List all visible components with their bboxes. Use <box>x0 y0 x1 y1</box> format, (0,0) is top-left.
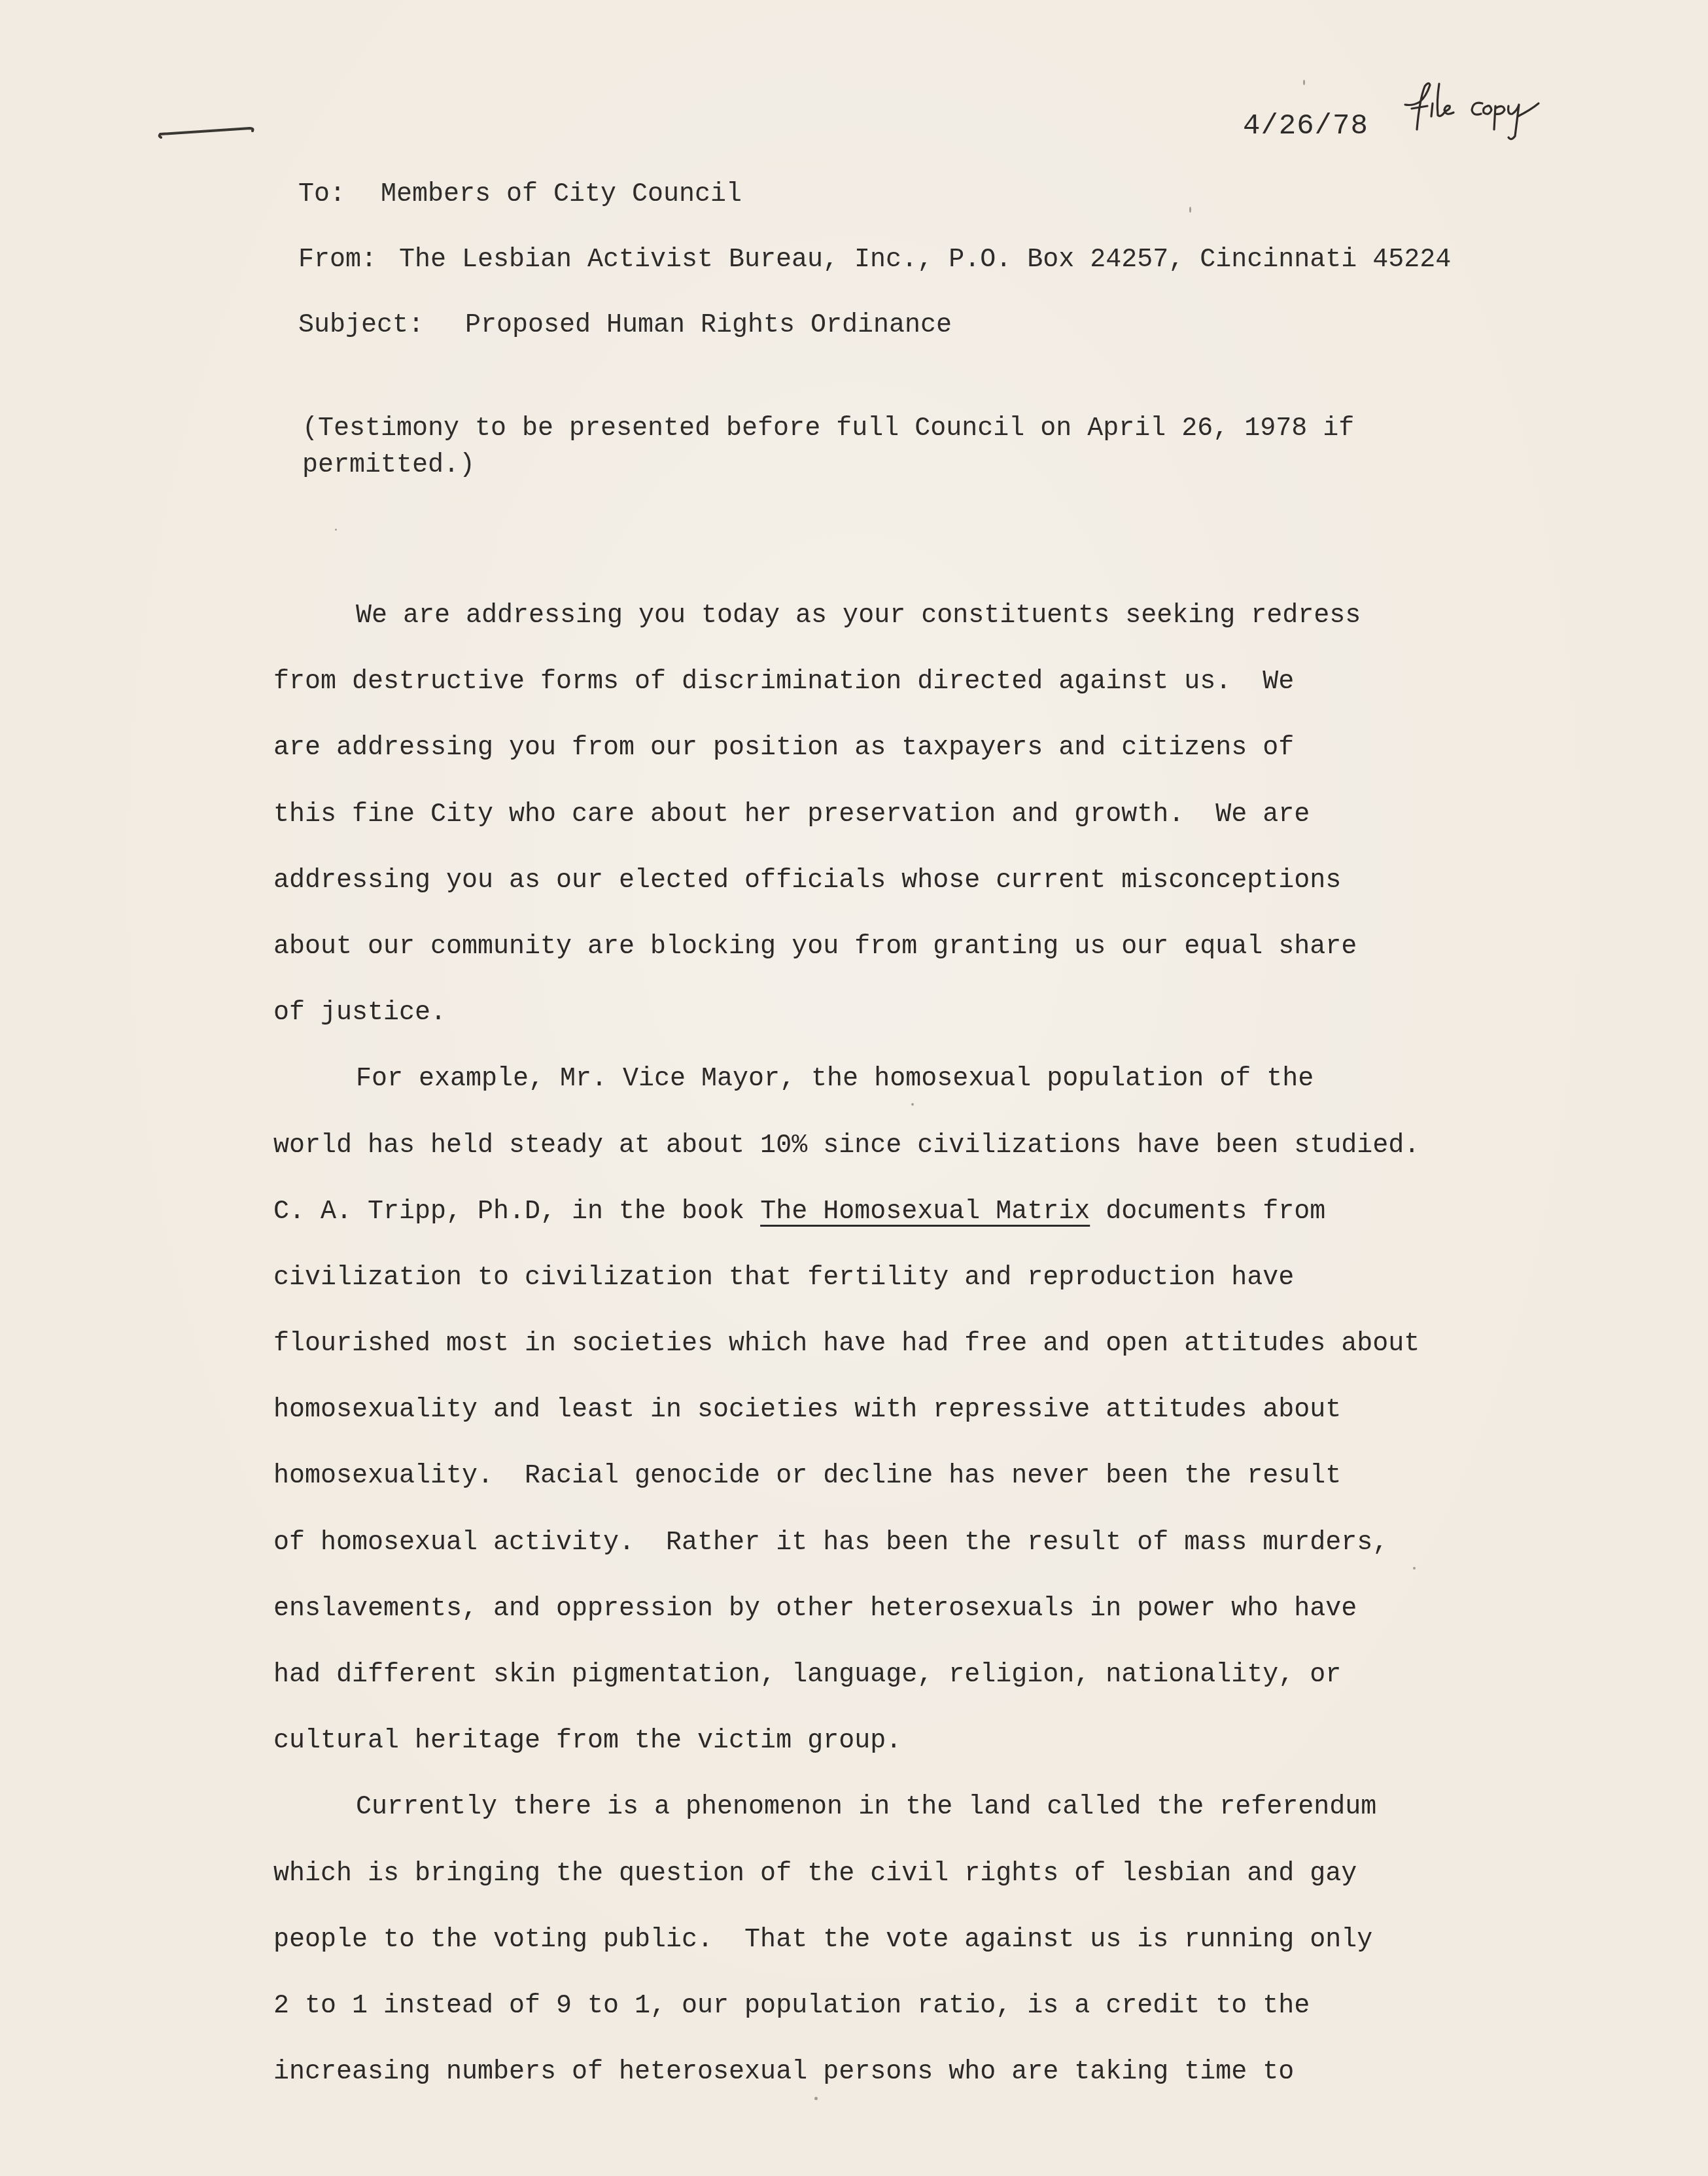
body-line-text: are addressing you from our position as … <box>273 733 1294 763</box>
body-line-text: We are addressing you today as your cons… <box>356 601 1361 631</box>
body-line: world has held steady at about 10% since… <box>273 1127 1516 1193</box>
body-line-text: of justice. <box>273 998 446 1028</box>
body-line-text: increasing numbers of heterosexual perso… <box>273 2058 1294 2087</box>
paper-speck <box>335 529 337 531</box>
body-line: We are addressing you today as your cons… <box>273 597 1516 663</box>
document-page: 4/26/78 To:Members of City Council From:… <box>0 0 1708 2176</box>
memo-subject-value: Proposed Human Rights Ordinance <box>465 311 952 340</box>
body-line: homosexuality and least in societies wit… <box>273 1391 1516 1457</box>
body-line: For example, Mr. Vice Mayor, the homosex… <box>273 1060 1516 1126</box>
body-line: people to the voting public. That the vo… <box>273 1921 1516 1987</box>
testimony-note-line-2: permitted.) <box>302 447 1454 484</box>
testimony-note-line-1: (Testimony to be presented before full C… <box>302 411 1454 447</box>
body-line-text: For example, Mr. Vice Mayor, the homosex… <box>356 1064 1314 1094</box>
body-line: C. A. Tripp, Ph.D, in the book The Homos… <box>273 1193 1516 1259</box>
testimony-note: (Testimony to be presented before full C… <box>302 411 1454 484</box>
paper-speck <box>1303 80 1305 85</box>
paper-speck <box>1413 1567 1416 1570</box>
memo-to-value: Members of City Council <box>381 180 742 209</box>
body-line-text: enslavements, and oppression by other he… <box>273 1594 1357 1624</box>
document-date: 4/26/78 <box>1243 110 1368 143</box>
body-line: cultural heritage from the victim group. <box>273 1722 1516 1788</box>
memo-subject-label: Subject: <box>298 313 465 339</box>
body-line-text: homosexuality and least in societies wit… <box>273 1395 1341 1425</box>
body-line-text: Currently there is a phenomenon in the l… <box>356 1793 1376 1822</box>
memo-from-line: From:The Lesbian Activist Bureau, Inc., … <box>298 247 1451 273</box>
testimony-body: We are addressing you today as your cons… <box>273 597 1516 2119</box>
body-line-text: of homosexual activity. Rather it has be… <box>273 1528 1388 1558</box>
body-line: of justice. <box>273 994 1516 1060</box>
body-line-text: flourished most in societies which have … <box>273 1329 1420 1359</box>
body-line: increasing numbers of heterosexual perso… <box>273 2053 1516 2119</box>
body-line: 2 to 1 instead of 9 to 1, our population… <box>273 1987 1516 2053</box>
memo-from-label: From: <box>298 247 399 273</box>
body-line: addressing you as our elected officials … <box>273 862 1516 928</box>
body-line-text: civilization to civilization that fertil… <box>273 1263 1294 1293</box>
body-line: which is bringing the question of the ci… <box>273 1855 1516 1921</box>
body-line-text: 2 to 1 instead of 9 to 1, our population… <box>273 1992 1310 2021</box>
body-line: are addressing you from our position as … <box>273 729 1516 795</box>
body-line: homosexuality. Racial genocide or declin… <box>273 1457 1516 1523</box>
body-line-text: addressing you as our elected officials … <box>273 866 1341 896</box>
body-line-text: people to the voting public. That the vo… <box>273 1925 1372 1955</box>
body-line-text: world has held steady at about 10% since… <box>273 1131 1420 1161</box>
body-line: from destructive forms of discrimination… <box>273 663 1516 729</box>
body-line-text: about our community are blocking you fro… <box>273 932 1357 962</box>
body-line: this fine City who care about her preser… <box>273 796 1516 862</box>
body-line: of homosexual activity. Rather it has be… <box>273 1524 1516 1590</box>
body-line-text: had different skin pigmentation, languag… <box>273 1660 1341 1690</box>
body-line-text: from destructive forms of discrimination… <box>273 667 1294 697</box>
paper-speck <box>814 2097 818 2100</box>
memo-subject-line: Subject:Proposed Human Rights Ordinance <box>298 313 952 339</box>
body-line-text: which is bringing the question of the ci… <box>273 1859 1357 1889</box>
staple-icon <box>157 126 255 140</box>
handwritten-file-copy-annotation <box>1400 77 1590 149</box>
body-line: civilization to civilization that fertil… <box>273 1259 1516 1325</box>
body-line: flourished most in societies which have … <box>273 1325 1516 1391</box>
body-line-text: documents from <box>1090 1197 1325 1227</box>
body-line: enslavements, and oppression by other he… <box>273 1590 1516 1656</box>
memo-to-line: To:Members of City Council <box>298 182 742 208</box>
body-line-text: cultural heritage from the victim group. <box>273 1727 901 1756</box>
body-line: Currently there is a phenomenon in the l… <box>273 1788 1516 1854</box>
memo-to-label: To: <box>298 182 381 208</box>
body-line: about our community are blocking you fro… <box>273 928 1516 994</box>
body-line-text: C. A. Tripp, Ph.D, in the book <box>273 1197 760 1227</box>
book-title: The Homosexual Matrix <box>760 1197 1090 1227</box>
body-line-text: homosexuality. Racial genocide or declin… <box>273 1462 1341 1491</box>
body-line: had different skin pigmentation, languag… <box>273 1656 1516 1722</box>
paper-speck <box>911 1103 914 1106</box>
paper-speck <box>1189 207 1191 213</box>
body-line-text: this fine City who care about her preser… <box>273 800 1310 830</box>
memo-from-value: The Lesbian Activist Bureau, Inc., P.O. … <box>399 245 1451 275</box>
